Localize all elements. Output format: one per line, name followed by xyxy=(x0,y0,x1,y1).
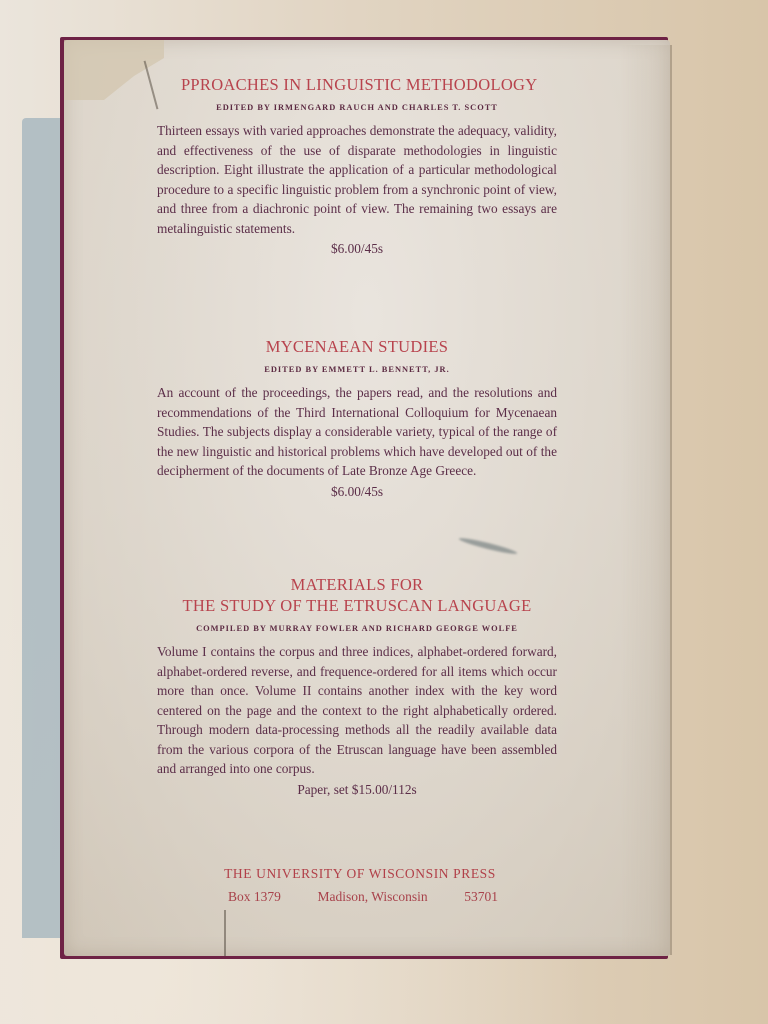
entry-editor: EDITED BY EMMETT L. BENNETT, JR. xyxy=(157,365,557,374)
tear-crease-bottom xyxy=(224,910,226,956)
publisher-block: THE UNIVERSITY OF WISCONSIN PRESS Box 13… xyxy=(200,866,520,905)
entry-title-line2: THE STUDY OF THE ETRUSCAN LANGUAGE xyxy=(157,595,557,616)
entry-title: PPROACHES IN LINGUISTIC METHODOLOGY xyxy=(157,74,557,95)
publisher-city: Madison, Wisconsin xyxy=(317,889,427,905)
entry-description: Volume I contains the corpus and three i… xyxy=(157,642,557,779)
entry-price: $6.00/45s xyxy=(157,484,557,500)
jacket-fold-edge xyxy=(620,45,672,955)
entry-description: An account of the proceedings, the paper… xyxy=(157,383,557,481)
entry-mycenaean-studies: MYCENAEAN STUDIES EDITED BY EMMETT L. BE… xyxy=(157,336,557,500)
entry-etruscan-language: MATERIALS FOR THE STUDY OF THE ETRUSCAN … xyxy=(157,574,557,798)
entry-title-line1: MATERIALS FOR xyxy=(157,574,557,595)
entry-description: Thirteen essays with varied approaches d… xyxy=(157,121,557,238)
publisher-box: Box 1379 xyxy=(228,889,281,905)
entry-title: MYCENAEAN STUDIES xyxy=(157,336,557,357)
entry-price: Paper, set $15.00/112s xyxy=(157,782,557,798)
entry-price: $6.00/45s xyxy=(157,241,557,257)
publisher-zip: 53701 xyxy=(464,889,498,905)
entry-editor: EDITED BY IRMENGARD RAUCH AND CHARLES T.… xyxy=(157,103,557,112)
book-shadow xyxy=(22,118,64,938)
entry-editor: COMPILED BY MURRAY FOWLER AND RICHARD GE… xyxy=(157,624,557,633)
publisher-address: Box 1379 Madison, Wisconsin 53701 xyxy=(200,889,520,905)
publisher-name: THE UNIVERSITY OF WISCONSIN PRESS xyxy=(200,866,520,882)
entry-linguistic-methodology: PPROACHES IN LINGUISTIC METHODOLOGY EDIT… xyxy=(157,74,557,257)
